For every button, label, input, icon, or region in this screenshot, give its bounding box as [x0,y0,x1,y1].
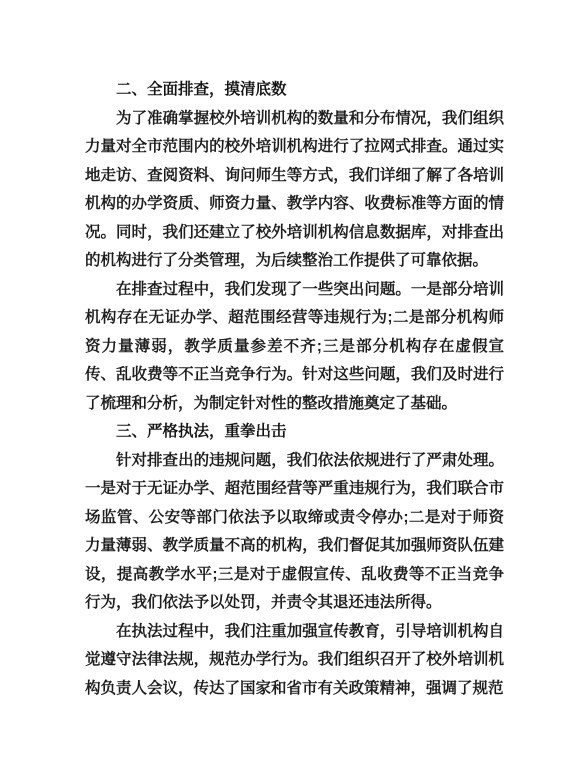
document-body: 二、全面排查，摸清底数 为了准确掌握校外培训机构的数量和分布情况，我们组织力量对… [85,76,504,703]
paragraph-problems-found: 在排查过程中，我们发现了一些突出问题。一是部分培训机构存在无证办学、超范围经营等… [85,276,504,419]
document-page: 二、全面排查，摸清底数 为了准确掌握校外培训机构的数量和分布情况，我们组织力量对… [0,0,586,759]
section-heading-overall-check: 二、全面排查，摸清底数 [85,76,504,105]
paragraph-enforcement-actions: 针对排查出的违规问题，我们依法依规进行了严肃处理。一是对于无证办学、超范围经营等… [85,447,504,618]
section-heading-strict-enforcement: 三、严格执法，重拳出击 [85,418,504,447]
paragraph-publicity-education: 在执法过程中，我们注重加强宣传教育，引导培训机构自觉遵守法律法规，规范办学行为。… [85,618,504,704]
paragraph-survey-method: 为了准确掌握校外培训机构的数量和分布情况，我们组织力量对全市范围内的校外培训机构… [85,105,504,276]
